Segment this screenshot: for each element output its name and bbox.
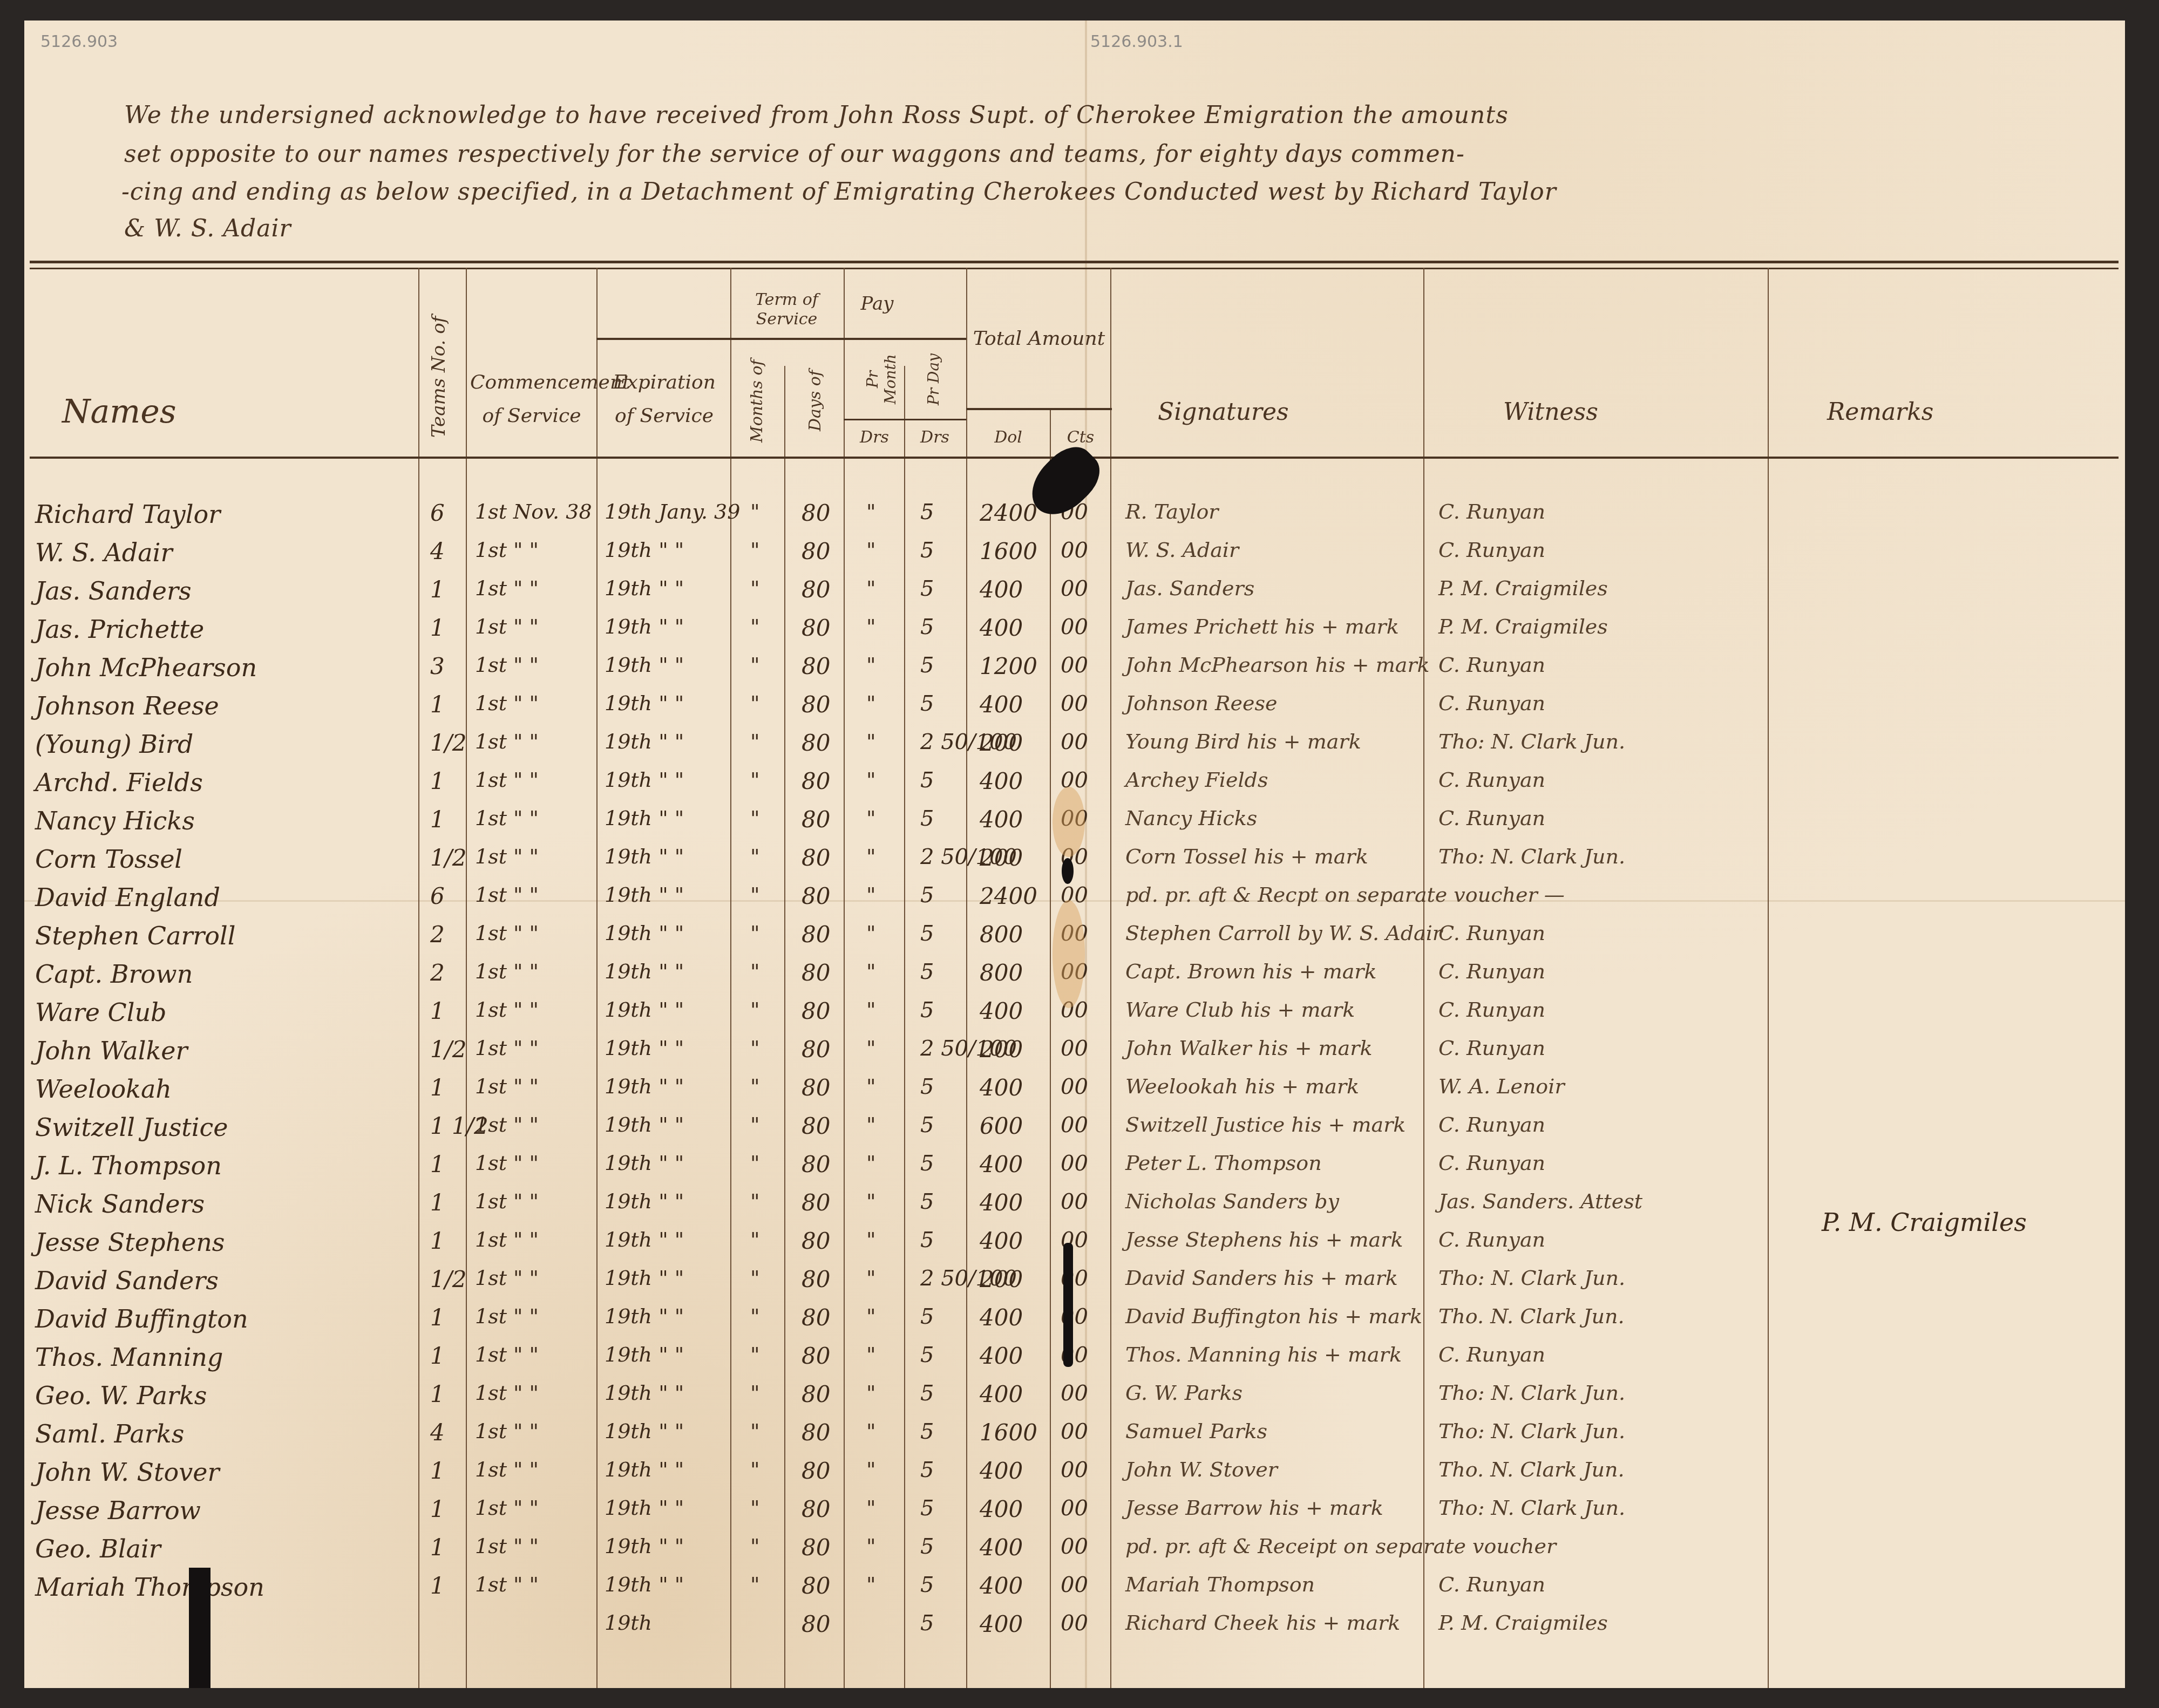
row-name: David Buffington bbox=[35, 1304, 248, 1333]
row-signature: Ware Club his + mark bbox=[1125, 998, 1355, 1022]
row-days: 80 bbox=[802, 845, 830, 871]
row-expiration: 19th " " bbox=[605, 1113, 684, 1137]
water-stain bbox=[1053, 787, 1085, 857]
row-months: " bbox=[750, 1036, 759, 1060]
row-name: David Sanders bbox=[35, 1266, 219, 1295]
row-days: 80 bbox=[802, 1113, 830, 1139]
row-days: 80 bbox=[802, 1304, 830, 1331]
row-months: " bbox=[750, 1266, 759, 1290]
row-witness: C. Runyan bbox=[1438, 500, 1545, 523]
row-days: 80 bbox=[802, 921, 830, 948]
row-pay-per-day: 5 bbox=[920, 1458, 934, 1482]
row-months: " bbox=[750, 998, 759, 1022]
row-signature: pd. pr. aft & Recpt on separate voucher … bbox=[1125, 883, 1565, 907]
row-expiration: 19th " " bbox=[605, 691, 684, 715]
row-signature: Mariah Thompson bbox=[1125, 1573, 1315, 1596]
row-name: Stephen Carroll bbox=[35, 921, 235, 950]
water-stain bbox=[1053, 900, 1085, 1008]
row-teams: 1 bbox=[430, 691, 445, 718]
row-pay-per-month: " bbox=[866, 1534, 875, 1558]
row-pay-per-day: 5 bbox=[920, 1074, 934, 1099]
row-expiration: 19th " " bbox=[605, 1266, 684, 1290]
row-months: " bbox=[750, 1074, 759, 1098]
row-months: " bbox=[750, 1151, 759, 1175]
row-commencement: 1st " " bbox=[475, 845, 539, 868]
row-signature: Richard Cheek his + mark bbox=[1125, 1611, 1400, 1635]
row-commencement: 1st " " bbox=[475, 653, 539, 677]
row-months: " bbox=[750, 883, 759, 907]
row-name: Saml. Parks bbox=[35, 1419, 184, 1448]
row-expiration: 19th " " bbox=[605, 653, 684, 677]
row-witness: C. Runyan bbox=[1438, 998, 1545, 1022]
row-expiration: 19th " " bbox=[605, 576, 684, 600]
row-days: 80 bbox=[802, 730, 830, 756]
row-expiration: 19th " " bbox=[605, 1343, 684, 1366]
row-expiration: 19th " " bbox=[605, 1304, 684, 1328]
row-pay-per-month: " bbox=[866, 1074, 875, 1098]
row-total-cents: 00 bbox=[1061, 1381, 1088, 1406]
row-witness: Tho: N. Clark Jun. bbox=[1438, 1266, 1625, 1290]
row-days: 80 bbox=[802, 1381, 830, 1407]
row-commencement: 1st " " bbox=[475, 1381, 539, 1405]
row-months: " bbox=[750, 1419, 759, 1443]
row-total-cents: 00 bbox=[1061, 1151, 1088, 1176]
row-pay-per-month: " bbox=[866, 998, 875, 1022]
row-name: Corn Tossel bbox=[35, 845, 182, 874]
row-total-dollars: 200 bbox=[980, 1266, 1023, 1292]
row-witness: C. Runyan bbox=[1438, 1036, 1545, 1060]
row-commencement: 1st " " bbox=[475, 768, 539, 792]
row-total-cents: 00 bbox=[1061, 1189, 1088, 1214]
row-total-dollars: 400 bbox=[980, 1343, 1023, 1369]
row-months: " bbox=[750, 806, 759, 830]
preamble-line-1: We the undersigned acknowledge to have r… bbox=[124, 101, 1509, 129]
row-total-cents: 00 bbox=[1061, 653, 1088, 678]
row-witness: Tho: N. Clark Jun. bbox=[1438, 845, 1625, 868]
row-signature: Nicholas Sanders by bbox=[1125, 1189, 1339, 1213]
row-days: 80 bbox=[802, 1228, 830, 1254]
row-witness: C. Runyan bbox=[1438, 1573, 1545, 1596]
row-pay-per-day: 5 bbox=[920, 1534, 934, 1559]
col-header-term-of-service: Term of Service bbox=[731, 290, 842, 329]
table-row: John Walker1/21st " "19th " ""80"2 50/10… bbox=[24, 1036, 2125, 1073]
row-days: 80 bbox=[802, 1036, 830, 1063]
table-row: Jesse Barrow11st " "19th " ""80"540000Je… bbox=[24, 1496, 2125, 1533]
row-expiration: 19th " " bbox=[605, 1496, 684, 1520]
table-row: Nick Sanders11st " "19th " ""80"540000Ni… bbox=[24, 1189, 2125, 1226]
row-pay-per-day: 5 bbox=[920, 806, 934, 831]
row-months: " bbox=[750, 1534, 759, 1558]
row-teams: 1 bbox=[430, 1343, 445, 1369]
col-header-total-cents: Cts bbox=[1051, 428, 1110, 447]
row-witness: C. Runyan bbox=[1438, 1343, 1545, 1366]
row-pay-per-day: 5 bbox=[920, 1151, 934, 1176]
header-rule-top bbox=[30, 261, 2119, 263]
table-row: Geo. Blair11st " "19th " ""80"540000pd. … bbox=[24, 1534, 2125, 1571]
row-commencement: 1st " " bbox=[475, 1458, 539, 1481]
row-total-cents: 00 bbox=[1061, 1458, 1088, 1482]
row-pay-per-month: " bbox=[866, 576, 875, 600]
row-days: 80 bbox=[802, 538, 830, 564]
row-pay-per-day: 5 bbox=[920, 1304, 934, 1329]
row-signature: pd. pr. aft & Receipt on separate vouche… bbox=[1125, 1534, 1556, 1558]
row-name: John Walker bbox=[35, 1036, 188, 1065]
row-commencement: 1st " " bbox=[475, 615, 539, 638]
table-row: J. L. Thompson11st " "19th " ""80"540000… bbox=[24, 1151, 2125, 1188]
row-total-dollars: 200 bbox=[980, 845, 1023, 871]
row-total-dollars: 400 bbox=[980, 576, 1023, 603]
row-expiration: 19th " " bbox=[605, 730, 684, 753]
row-months: " bbox=[750, 730, 759, 753]
row-pay-per-month: " bbox=[866, 1304, 875, 1328]
table-row: (Young) Bird1/21st " "19th " ""80"2 50/1… bbox=[24, 730, 2125, 766]
row-name: Jas. Sanders bbox=[35, 576, 192, 605]
row-commencement: 1st " " bbox=[475, 960, 539, 983]
table-row: Switzell Justice1 1/21st " "19th " ""80"… bbox=[24, 1113, 2125, 1149]
row-teams: 1 bbox=[430, 1304, 445, 1331]
row-total-dollars: 400 bbox=[980, 1151, 1023, 1178]
row-commencement: 1st " " bbox=[475, 1266, 539, 1290]
row-commencement: 1st Nov. 38 bbox=[475, 500, 592, 523]
ink-blot bbox=[1063, 1243, 1073, 1367]
row-teams: 4 bbox=[430, 1419, 445, 1446]
row-signature: Johnson Reese bbox=[1125, 691, 1278, 715]
row-name: Geo. W. Parks bbox=[35, 1381, 207, 1410]
row-name: Thos. Manning bbox=[35, 1343, 223, 1372]
col-header-days: Days of bbox=[806, 350, 825, 452]
row-expiration: 19th " " bbox=[605, 806, 684, 830]
table-row: John McPhearson31st " "19th " ""80"51200… bbox=[24, 653, 2125, 690]
row-total-dollars: 400 bbox=[980, 1228, 1023, 1254]
row-pay-per-day: 5 bbox=[920, 1496, 934, 1521]
row-pay-per-month: " bbox=[866, 960, 875, 983]
preamble-line-2: set opposite to our names respectively f… bbox=[124, 140, 1465, 168]
row-commencement: 1st " " bbox=[475, 1304, 539, 1328]
table-row: Jas. Prichette11st " "19th " ""80"540000… bbox=[24, 615, 2125, 651]
row-commencement: 1st " " bbox=[475, 576, 539, 600]
col-header-pay: Pay bbox=[847, 293, 907, 315]
row-witness: P. M. Craigmiles bbox=[1438, 615, 1608, 638]
row-months: " bbox=[750, 1381, 759, 1405]
row-expiration: 19th Jany. 39 bbox=[605, 500, 740, 523]
row-total-dollars: 400 bbox=[980, 806, 1023, 833]
row-expiration: 19th " " bbox=[605, 1419, 684, 1443]
row-commencement: 1st " " bbox=[475, 806, 539, 830]
table-row: David Buffington11st " "19th " ""80"5400… bbox=[24, 1304, 2125, 1341]
row-commencement: 1st " " bbox=[475, 1343, 539, 1366]
row-signature: Peter L. Thompson bbox=[1125, 1151, 1322, 1175]
row-months: " bbox=[750, 576, 759, 600]
row-pay-per-day: 5 bbox=[920, 1419, 934, 1444]
row-expiration: 19th " " bbox=[605, 768, 684, 792]
row-days: 80 bbox=[802, 883, 830, 909]
row-teams: 1 bbox=[430, 768, 445, 794]
row-months: " bbox=[750, 615, 759, 638]
row-pay-per-month: " bbox=[866, 921, 875, 945]
row-commencement: 1st " " bbox=[475, 691, 539, 715]
row-name: John McPhearson bbox=[35, 653, 257, 682]
row-days: 80 bbox=[802, 806, 830, 833]
row-pay-per-day: 5 bbox=[920, 1573, 934, 1597]
row-teams: 1/2 bbox=[430, 1266, 467, 1292]
row-pay-per-month: " bbox=[866, 1189, 875, 1213]
row-days: 80 bbox=[802, 1343, 830, 1369]
row-pay-per-day: 5 bbox=[920, 998, 934, 1023]
table-row: 19th80540000Richard Cheek his + markP. M… bbox=[24, 1611, 2125, 1648]
row-teams: 1 bbox=[430, 1189, 445, 1216]
col-header-pay-month-unit: Drs bbox=[845, 428, 904, 447]
row-signature: David Sanders his + mark bbox=[1125, 1266, 1398, 1290]
row-teams: 1 bbox=[430, 1074, 445, 1101]
row-days: 80 bbox=[802, 653, 830, 679]
row-total-cents: 00 bbox=[1061, 1419, 1088, 1444]
row-pay-per-month: " bbox=[866, 1381, 875, 1405]
row-total-dollars: 2400 bbox=[980, 500, 1037, 526]
row-teams: 1 bbox=[430, 806, 445, 833]
row-pay-per-month: " bbox=[866, 653, 875, 677]
row-signature: Switzell Justice his + mark bbox=[1125, 1113, 1406, 1137]
row-signature: Jas. Sanders bbox=[1125, 576, 1254, 600]
row-expiration: 19th " " bbox=[605, 998, 684, 1022]
row-days: 80 bbox=[802, 1458, 830, 1484]
row-name: Archd. Fields bbox=[35, 768, 203, 797]
row-teams: 1/2 bbox=[430, 730, 467, 756]
row-total-cents: 00 bbox=[1061, 1036, 1088, 1061]
table-row: Johnson Reese11st " "19th " ""80"540000J… bbox=[24, 691, 2125, 728]
row-days: 80 bbox=[802, 1496, 830, 1522]
row-name: Nick Sanders bbox=[35, 1189, 205, 1219]
row-witness: Tho: N. Clark Jun. bbox=[1438, 730, 1625, 753]
col-header-remarks: Remarks bbox=[1827, 398, 1933, 426]
row-pay-per-day: 5 bbox=[920, 1343, 934, 1367]
row-commencement: 1st " " bbox=[475, 883, 539, 907]
term-pay-rule bbox=[596, 338, 966, 340]
row-signature: Thos. Manning his + mark bbox=[1125, 1343, 1402, 1366]
row-total-cents: 00 bbox=[1061, 1573, 1088, 1597]
paper-tear bbox=[189, 1568, 211, 1692]
table-row: Mariah Thompson11st " "19th " ""80"54000… bbox=[24, 1573, 2125, 1609]
row-expiration: 19th " " bbox=[605, 845, 684, 868]
row-months: " bbox=[750, 653, 759, 677]
row-name: W. S. Adair bbox=[35, 538, 172, 567]
row-months: " bbox=[750, 1458, 759, 1481]
ink-blot bbox=[1062, 858, 1074, 884]
row-days: 80 bbox=[802, 691, 830, 718]
table-row: W. S. Adair41st " "19th " ""80"5160000W.… bbox=[24, 538, 2125, 575]
row-signature: Corn Tossel his + mark bbox=[1125, 845, 1368, 868]
row-commencement: 1st " " bbox=[475, 1074, 539, 1098]
row-commencement: 1st " " bbox=[475, 921, 539, 945]
row-pay-per-day: 5 bbox=[920, 691, 934, 716]
header-rule-bottom bbox=[30, 268, 2119, 269]
row-commencement: 1st " " bbox=[475, 1496, 539, 1520]
row-name: Ware Club bbox=[35, 998, 167, 1027]
col-header-total-amount: Total Amount bbox=[969, 323, 1109, 355]
row-teams: 6 bbox=[430, 883, 445, 909]
row-pay-per-month: " bbox=[866, 500, 875, 523]
row-days: 80 bbox=[802, 576, 830, 603]
col-header-commencement: Commencement of Service bbox=[470, 366, 593, 433]
row-witness: Tho: N. Clark Jun. bbox=[1438, 1381, 1625, 1405]
preamble-line-3: -cing and ending as below specified, in … bbox=[121, 178, 1557, 206]
row-total-dollars: 200 bbox=[980, 730, 1023, 756]
row-pay-per-month: " bbox=[866, 806, 875, 830]
row-commencement: 1st " " bbox=[475, 1151, 539, 1175]
row-pay-per-month: " bbox=[866, 1151, 875, 1175]
row-teams: 1 bbox=[430, 998, 445, 1024]
row-expiration: 19th " " bbox=[605, 1228, 684, 1251]
col-header-pay-day-unit: Drs bbox=[905, 428, 965, 447]
row-pay-per-month: " bbox=[866, 691, 875, 715]
row-total-dollars: 400 bbox=[980, 768, 1023, 794]
row-days: 80 bbox=[802, 768, 830, 794]
catalog-number-left: 5126.903 bbox=[40, 32, 118, 51]
row-days: 80 bbox=[802, 1611, 830, 1637]
col-header-expiration: Expiration of Service bbox=[601, 366, 728, 433]
table-row: Saml. Parks41st " "19th " ""80"5160000Sa… bbox=[24, 1419, 2125, 1456]
row-total-cents: 00 bbox=[1061, 1611, 1088, 1636]
col-header-total-dollars: Dol bbox=[968, 428, 1049, 447]
row-witness: C. Runyan bbox=[1438, 768, 1545, 792]
row-total-cents: 00 bbox=[1061, 1074, 1088, 1099]
row-signature: James Prichett his + mark bbox=[1125, 615, 1399, 638]
row-witness: Tho. N. Clark Jun. bbox=[1438, 1458, 1625, 1481]
row-commencement: 1st " " bbox=[475, 730, 539, 753]
row-pay-per-day: 5 bbox=[920, 921, 934, 946]
row-total-dollars: 600 bbox=[980, 1113, 1023, 1139]
row-months: " bbox=[750, 1496, 759, 1520]
row-signature: John W. Stover bbox=[1125, 1458, 1278, 1481]
row-months: " bbox=[750, 538, 759, 562]
row-teams: 6 bbox=[430, 500, 445, 526]
row-pay-per-day: 5 bbox=[920, 576, 934, 601]
row-teams: 1 bbox=[430, 1573, 445, 1599]
row-name: Nancy Hicks bbox=[35, 806, 195, 835]
row-months: " bbox=[750, 1304, 759, 1328]
row-name: John W. Stover bbox=[35, 1458, 219, 1487]
row-pay-per-month: " bbox=[866, 1419, 875, 1443]
row-pay-per-month: " bbox=[866, 538, 875, 562]
row-days: 80 bbox=[802, 1266, 830, 1292]
row-name: J. L. Thompson bbox=[35, 1151, 222, 1180]
row-pay-per-month: " bbox=[866, 1266, 875, 1290]
row-witness: C. Runyan bbox=[1438, 960, 1545, 983]
row-pay-per-day: 5 bbox=[920, 960, 934, 984]
row-teams: 4 bbox=[430, 538, 445, 564]
col-header-pay-per-day: Pr Day bbox=[925, 344, 942, 414]
row-days: 80 bbox=[802, 1189, 830, 1216]
row-commencement: 1st " " bbox=[475, 538, 539, 562]
row-teams: 1/2 bbox=[430, 1036, 467, 1063]
row-pay-per-day: 5 bbox=[920, 1611, 934, 1636]
row-commencement: 1st " " bbox=[475, 1419, 539, 1443]
table-row: John W. Stover11st " "19th " ""80"540000… bbox=[24, 1458, 2125, 1494]
row-days: 80 bbox=[802, 960, 830, 986]
row-signature: Nancy Hicks bbox=[1125, 806, 1257, 830]
row-total-dollars: 200 bbox=[980, 1036, 1023, 1063]
row-total-cents: 00 bbox=[1061, 691, 1088, 716]
row-signature: David Buffington his + mark bbox=[1125, 1304, 1422, 1328]
manuscript-page: 5126.903 5126.903.1 We the undersigned a… bbox=[24, 21, 2125, 1688]
row-pay-per-month: " bbox=[866, 1113, 875, 1137]
row-pay-per-day: 5 bbox=[920, 615, 934, 639]
row-witness: C. Runyan bbox=[1438, 538, 1545, 562]
row-days: 80 bbox=[802, 1419, 830, 1446]
row-total-dollars: 400 bbox=[980, 691, 1023, 718]
row-total-dollars: 400 bbox=[980, 998, 1023, 1024]
row-signature: Samuel Parks bbox=[1125, 1419, 1267, 1443]
col-header-signatures: Signatures bbox=[1158, 398, 1289, 426]
pay-unit-rule bbox=[844, 419, 966, 420]
table-row: Weelookah11st " "19th " ""80"540000Weelo… bbox=[24, 1074, 2125, 1111]
row-pay-per-month: " bbox=[866, 1343, 875, 1366]
row-commencement: 1st " " bbox=[475, 1228, 539, 1251]
row-months: " bbox=[750, 960, 759, 983]
row-witness: P. M. Craigmiles bbox=[1438, 576, 1608, 600]
row-expiration: 19th " " bbox=[605, 1189, 684, 1213]
row-total-dollars: 400 bbox=[980, 1458, 1023, 1484]
row-pay-per-month: " bbox=[866, 1036, 875, 1060]
row-total-dollars: 1200 bbox=[980, 653, 1037, 679]
row-teams: 3 bbox=[430, 653, 445, 679]
row-expiration: 19th " " bbox=[605, 1458, 684, 1481]
col-header-months: Months of bbox=[748, 350, 766, 452]
row-name: Mariah Thompson bbox=[35, 1573, 264, 1602]
row-signature: W. S. Adair bbox=[1125, 538, 1239, 562]
row-teams: 1 bbox=[430, 1496, 445, 1522]
background-mat bbox=[0, 1688, 2159, 1708]
row-witness: W. A. Lenoir bbox=[1438, 1074, 1565, 1098]
row-name: (Young) Bird bbox=[35, 730, 193, 759]
row-pay-per-month: " bbox=[866, 768, 875, 792]
row-commencement: 1st " " bbox=[475, 1534, 539, 1558]
row-expiration: 19th " " bbox=[605, 1036, 684, 1060]
row-total-dollars: 400 bbox=[980, 1534, 1023, 1561]
row-pay-per-day: 5 bbox=[920, 883, 934, 908]
row-pay-per-month: " bbox=[866, 615, 875, 638]
row-expiration: 19th " " bbox=[605, 960, 684, 983]
row-pay-per-day: 5 bbox=[920, 1228, 934, 1253]
row-total-dollars: 2400 bbox=[980, 883, 1037, 909]
col-header-witness: Witness bbox=[1503, 398, 1598, 426]
row-pay-per-month: " bbox=[866, 1496, 875, 1520]
row-expiration: 19th " " bbox=[605, 615, 684, 638]
row-months: " bbox=[750, 1228, 759, 1251]
row-signature: Stephen Carroll by W. S. Adair bbox=[1125, 921, 1442, 945]
row-total-dollars: 400 bbox=[980, 1304, 1023, 1331]
col-header-teams: Teams No. of bbox=[428, 301, 450, 452]
row-name: Capt. Brown bbox=[35, 960, 193, 989]
row-total-cents: 00 bbox=[1061, 1496, 1088, 1521]
row-days: 80 bbox=[802, 1074, 830, 1101]
row-days: 80 bbox=[802, 1534, 830, 1561]
row-total-dollars: 800 bbox=[980, 960, 1023, 986]
row-name: Switzell Justice bbox=[35, 1113, 228, 1142]
col-header-names: Names bbox=[62, 393, 176, 431]
row-expiration: 19th " " bbox=[605, 1573, 684, 1596]
table-row: David Sanders1/21st " "19th " ""80"2 50/… bbox=[24, 1266, 2125, 1303]
row-witness: C. Runyan bbox=[1438, 653, 1545, 677]
row-total-dollars: 400 bbox=[980, 1381, 1023, 1407]
row-witness: Jas. Sanders. Attest bbox=[1438, 1189, 1642, 1213]
row-witness: C. Runyan bbox=[1438, 1228, 1545, 1251]
row-months: " bbox=[750, 845, 759, 868]
row-months: " bbox=[750, 1573, 759, 1596]
row-total-dollars: 1600 bbox=[980, 1419, 1037, 1446]
total-unit-rule bbox=[966, 408, 1112, 410]
row-pay-per-month: " bbox=[866, 730, 875, 753]
row-name: Richard Taylor bbox=[35, 500, 220, 529]
